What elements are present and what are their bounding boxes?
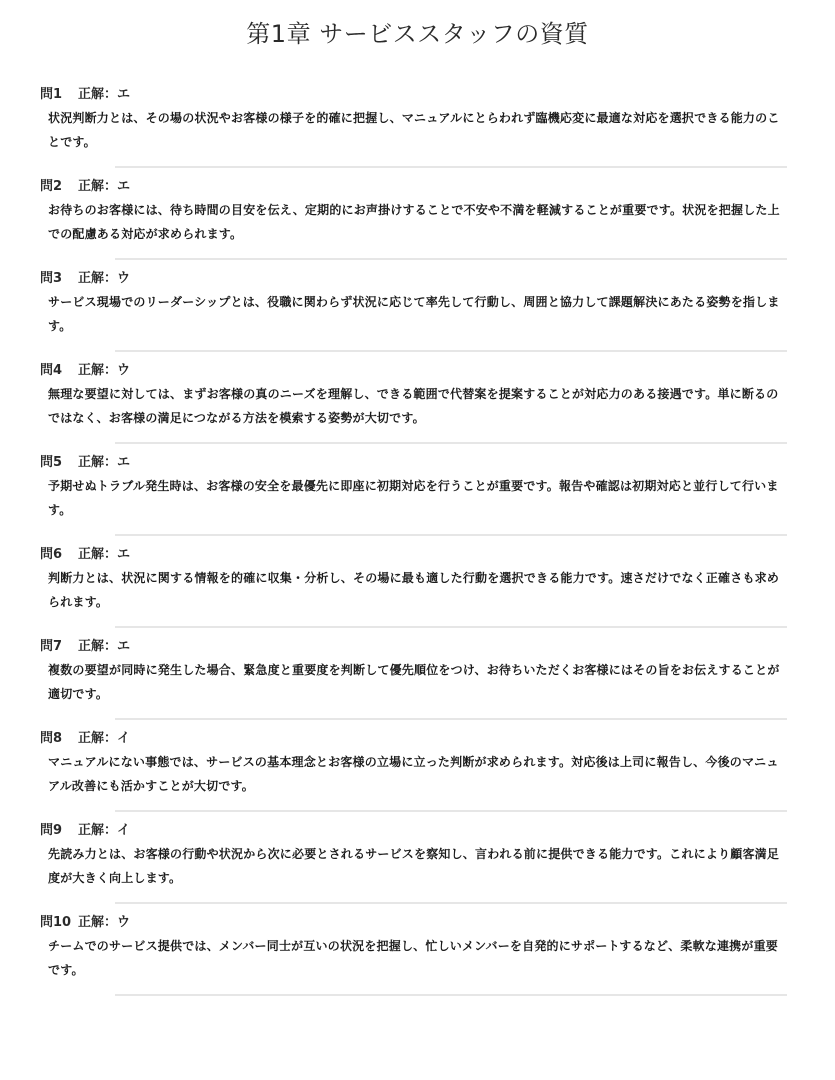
divider [115, 994, 787, 996]
answer-item-10: 問10正解：ウ チームでのサービス提供では、メンバー同士が互いの状況を把握し、忙… [40, 914, 800, 1006]
divider [115, 810, 787, 812]
answer-item-5: 問5正解：エ 予期せぬトラブル発生時は、お客様の安全を最優先に即座に初期対応を行… [40, 454, 800, 546]
answer-explanation: マニュアルにない事態では、サービスの基本理念とお客様の立場に立った判断が求められ… [40, 750, 800, 798]
question-number: 問9 [40, 822, 78, 840]
page-title: 第1章 サービススタッフの資質 [0, 14, 835, 49]
answer-heading: 問9正解：イ [40, 822, 800, 842]
question-number: 問5 [40, 454, 78, 472]
correct-answer: 正解：エ [78, 179, 130, 194]
correct-answer: 正解：エ [78, 547, 130, 562]
answer-heading: 問8正解：イ [40, 730, 800, 750]
answer-item-6: 問6正解：エ 判断力とは、状況に関する情報を的確に収集・分析し、その場に最も適し… [40, 546, 800, 638]
correct-answer: 正解：エ [78, 455, 130, 470]
answer-item-1: 問1正解：エ 状況判断力とは、その場の状況やお客様の様子を的確に把握し、マニュア… [40, 86, 800, 178]
divider [115, 166, 787, 168]
correct-answer: 正解：イ [78, 823, 130, 838]
answer-heading: 問1正解：エ [40, 86, 800, 106]
answer-heading: 問7正解：エ [40, 638, 800, 658]
answer-explanation: 判断力とは、状況に関する情報を的確に収集・分析し、その場に最も適した行動を選択で… [40, 566, 800, 614]
question-number: 問6 [40, 546, 78, 564]
answer-item-9: 問9正解：イ 先読み力とは、お客様の行動や状況から次に必要とされるサービスを察知… [40, 822, 800, 914]
correct-answer: 正解：ウ [78, 915, 130, 930]
question-number: 問7 [40, 638, 78, 656]
divider [115, 718, 787, 720]
divider [115, 258, 787, 260]
answer-explanation: 複数の要望が同時に発生した場合、緊急度と重要度を判断して優先順位をつけ、お待ちい… [40, 658, 800, 706]
correct-answer: 正解：ウ [78, 363, 130, 378]
divider [115, 534, 787, 536]
answer-heading: 問3正解：ウ [40, 270, 800, 290]
correct-answer: 正解：エ [78, 87, 130, 102]
answer-item-3: 問3正解：ウ サービス現場でのリーダーシップとは、役職に関わらず状況に応じて率先… [40, 270, 800, 362]
answer-explanation: 状況判断力とは、その場の状況やお客様の様子を的確に把握し、マニュアルにとらわれず… [40, 106, 800, 154]
answer-item-7: 問7正解：エ 複数の要望が同時に発生した場合、緊急度と重要度を判断して優先順位を… [40, 638, 800, 730]
question-number: 問4 [40, 362, 78, 380]
answer-heading: 問4正解：ウ [40, 362, 800, 382]
answer-explanation: お待ちのお客様には、待ち時間の目安を伝え、定期的にお声掛けすることで不安や不満を… [40, 198, 800, 246]
answer-heading: 問6正解：エ [40, 546, 800, 566]
divider [115, 902, 787, 904]
answer-item-2: 問2正解：エ お待ちのお客様には、待ち時間の目安を伝え、定期的にお声掛けすること… [40, 178, 800, 270]
answer-list: 問1正解：エ 状況判断力とは、その場の状況やお客様の様子を的確に把握し、マニュア… [40, 86, 800, 1006]
answer-explanation: サービス現場でのリーダーシップとは、役職に関わらず状況に応じて率先して行動し、周… [40, 290, 800, 338]
answer-explanation: チームでのサービス提供では、メンバー同士が互いの状況を把握し、忙しいメンバーを自… [40, 934, 800, 982]
answer-heading: 問10正解：ウ [40, 914, 800, 934]
divider [115, 442, 787, 444]
divider [115, 350, 787, 352]
correct-answer: 正解：エ [78, 639, 130, 654]
divider [115, 626, 787, 628]
answer-explanation: 無理な要望に対しては、まずお客様の真のニーズを理解し、できる範囲で代替案を提案す… [40, 382, 800, 430]
question-number: 問3 [40, 270, 78, 288]
question-number: 問8 [40, 730, 78, 748]
question-number: 問1 [40, 86, 78, 104]
answer-heading: 問5正解：エ [40, 454, 800, 474]
correct-answer: 正解：ウ [78, 271, 130, 286]
answer-explanation: 予期せぬトラブル発生時は、お客様の安全を最優先に即座に初期対応を行うことが重要で… [40, 474, 800, 522]
answer-heading: 問2正解：エ [40, 178, 800, 198]
answer-item-8: 問8正解：イ マニュアルにない事態では、サービスの基本理念とお客様の立場に立った… [40, 730, 800, 822]
question-number: 問10 [40, 914, 78, 932]
correct-answer: 正解：イ [78, 731, 130, 746]
answer-item-4: 問4正解：ウ 無理な要望に対しては、まずお客様の真のニーズを理解し、できる範囲で… [40, 362, 800, 454]
question-number: 問2 [40, 178, 78, 196]
answer-explanation: 先読み力とは、お客様の行動や状況から次に必要とされるサービスを察知し、言われる前… [40, 842, 800, 890]
